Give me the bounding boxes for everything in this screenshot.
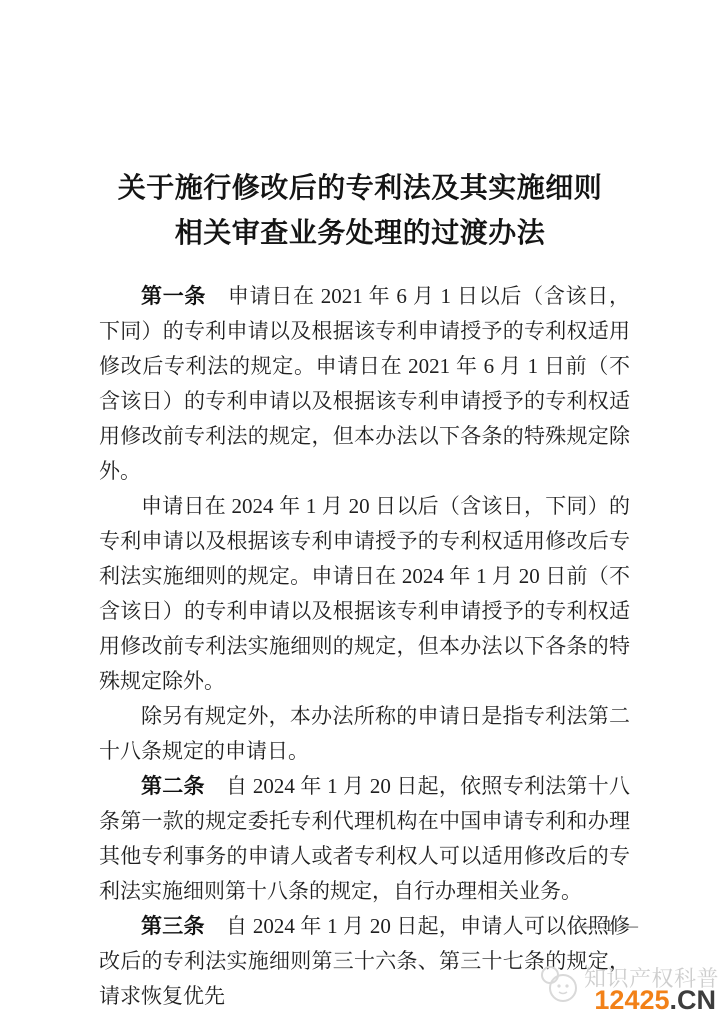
paragraph-article-1-cont: 申请日在 2024 年 1 月 20 日以后（含该日，下同）的专利申请以及根据该…: [99, 489, 630, 699]
brand-domain-number: 12425: [594, 985, 669, 1015]
watermark: 知识产权科普 12425.CN: [538, 962, 716, 1012]
title-line-2: 相关审查业务处理的过渡办法: [0, 211, 720, 256]
brand-domain: 12425.CN: [594, 986, 716, 1014]
paragraph-article-1-note: 除另有规定外，本办法所称的申请日是指专利法第二十八条规定的申请日。: [99, 699, 630, 769]
document-title: 关于施行修改后的专利法及其实施细则 相关审查业务处理的过渡办法: [0, 166, 720, 256]
document-page: 关于施行修改后的专利法及其实施细则 相关审查业务处理的过渡办法 第一条 申请日在…: [0, 0, 720, 1018]
paragraph-article-2: 第二条 自 2024 年 1 月 20 日起，依照专利法第十八条第一款的规定委托…: [99, 769, 630, 909]
document-body: 第一条 申请日在 2021 年 6 月 1 日以后（含该日，下同）的专利申请以及…: [99, 279, 630, 1014]
article-2-label: 第二条: [141, 775, 226, 798]
article-1-label: 第一条: [141, 285, 228, 308]
brand-domain-suffix: .CN: [670, 985, 717, 1015]
paragraph-text: 申请日在 2024 年 1 月 20 日以后（含该日，下同）的专利申请以及根据该…: [99, 494, 630, 693]
brand-mascot-icon: [538, 964, 582, 1004]
paragraph-article-1: 第一条 申请日在 2021 年 6 月 1 日以后（含该日，下同）的专利申请以及…: [99, 279, 630, 489]
article-3-label: 第三条: [141, 915, 226, 938]
title-line-1: 关于施行修改后的专利法及其实施细则: [0, 166, 720, 211]
page-number: — 1 —: [579, 916, 640, 936]
paragraph-text: 除另有规定外，本办法所称的申请日是指专利法第二十八条规定的申请日。: [99, 704, 630, 763]
paragraph-text: 申请日在 2021 年 6 月 1 日以后（含该日，下同）的专利申请以及根据该专…: [99, 284, 630, 483]
